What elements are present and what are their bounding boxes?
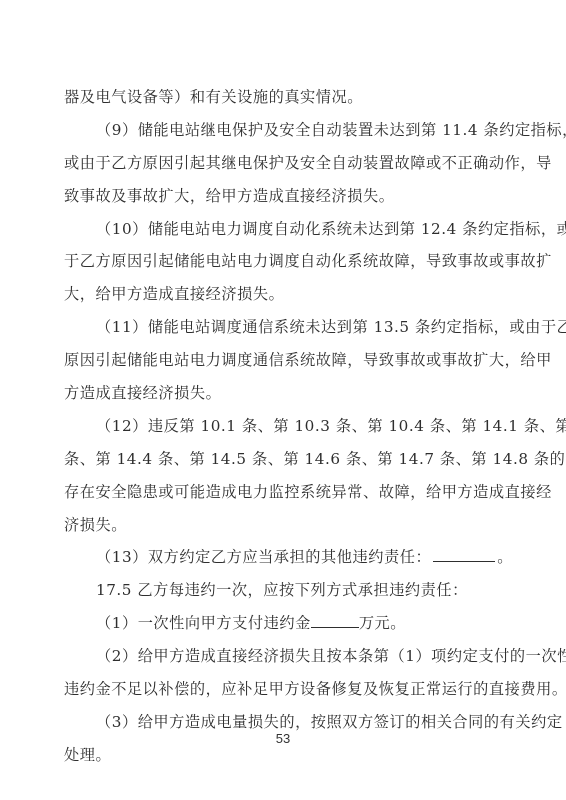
penalty-1-text: （1）一次性向甲方支付违约金 <box>96 614 311 632</box>
clause-13-end: 。 <box>497 548 513 566</box>
page-number: 53 <box>0 731 566 746</box>
clause-9-line-1: （9）储能电站继电保护及安全自动装置未达到第 11.4 条约定指标， <box>64 114 512 147</box>
clause-11-line-3: 方造成直接经济损失。 <box>64 377 512 410</box>
clause-12-line-3: 存在安全隐患或可能造成电力监控系统异常、故障，给甲方造成直接经 <box>64 476 512 509</box>
clause-11-line-1: （11）储能电站调度通信系统未达到第 13.5 条约定指标，或由于乙方 <box>64 311 512 344</box>
document-body: 器及电气设备等）和有关设施的真实情况。 （9）储能电站继电保护及安全自动装置未达… <box>64 81 512 772</box>
clause-10-line-2: 于乙方原因引起储能电站电力调度自动化系统故障，导致事故或事故扩 <box>64 245 512 278</box>
clause-12-line-1: （12）违反第 10.1 条、第 10.3 条、第 10.4 条、第 14.1 … <box>64 410 512 443</box>
penalty-2-line-1: （2）给甲方造成直接经济损失且按本条第（1）项约定支付的一次性 <box>64 640 512 673</box>
clause-12-line-2: 条、第 14.4 条、第 14.5 条、第 14.6 条、第 14.7 条、第 … <box>64 443 512 476</box>
penalty-amount-blank[interactable] <box>311 610 359 628</box>
clause-13-text: （13）双方约定乙方应当承担的其他违约责任： <box>96 548 431 566</box>
clause-10-line-1: （10）储能电站电力调度自动化系统未达到第 12.4 条约定指标，或由 <box>64 213 512 246</box>
clause-9-line-2: 或由于乙方原因引起其继电保护及安全自动装置故障或不正确动作，导 <box>64 147 512 180</box>
text-line: 器及电气设备等）和有关设施的真实情况。 <box>64 81 512 114</box>
clause-10-line-3: 大，给甲方造成直接经济损失。 <box>64 278 512 311</box>
clause-13-line: （13）双方约定乙方应当承担的其他违约责任：。 <box>64 541 512 574</box>
penalty-1-unit: 万元。 <box>359 614 406 632</box>
clause-9-line-3: 致事故及事故扩大，给甲方造成直接经济损失。 <box>64 180 512 213</box>
penalty-2-line-2: 违约金不足以补偿的，应补足甲方设备修复及恢复正常运行的直接费用。 <box>64 673 512 706</box>
clause-17-5-heading: 17.5 乙方每违约一次，应按下列方式承担违约责任： <box>64 574 512 607</box>
clause-11-line-2: 原因引起储能电站电力调度通信系统故障，导致事故或事故扩大，给甲 <box>64 344 512 377</box>
clause-12-line-4: 济损失。 <box>64 509 512 542</box>
other-liability-blank[interactable] <box>433 544 495 562</box>
penalty-1-line: （1）一次性向甲方支付违约金万元。 <box>64 607 512 640</box>
